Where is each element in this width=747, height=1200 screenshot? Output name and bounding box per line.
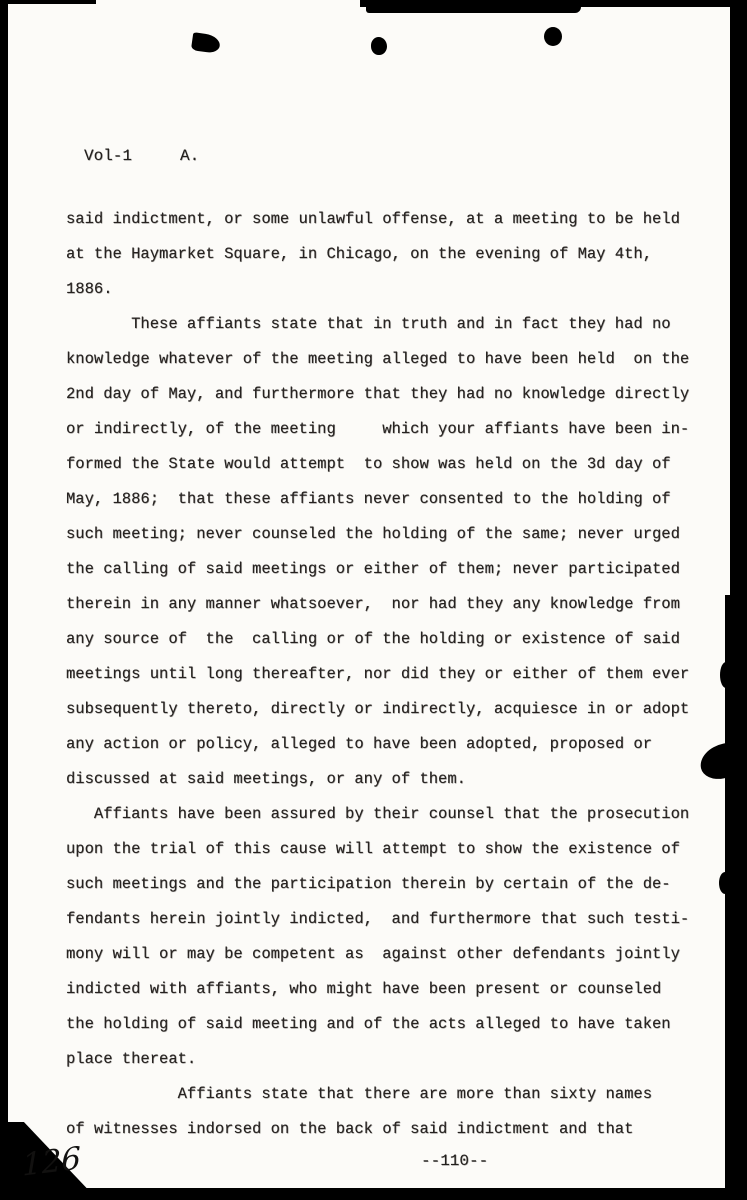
- scanned-document-page: Vol-1 A. said indictment, or some unlawf…: [0, 0, 747, 1200]
- text-line: or indirectly, of the meeting which your…: [66, 412, 730, 447]
- binding-dot-icon: [371, 37, 387, 55]
- text-line: knowledge whatever of the meeting allege…: [66, 342, 730, 377]
- handwritten-folio-number: 126: [22, 1140, 81, 1183]
- text-line: May, 1886; that these affiants never con…: [66, 482, 730, 517]
- text-line: These affiants state that in truth and i…: [66, 307, 730, 342]
- text-line: at the Haymarket Square, in Chicago, on …: [66, 237, 730, 272]
- text-line: upon the trial of this cause will attemp…: [66, 832, 730, 867]
- document-body: said indictment, or some unlawful offens…: [66, 202, 730, 1147]
- text-line: subsequently thereto, directly or indire…: [66, 692, 730, 727]
- volume-header: Vol-1 A.: [84, 147, 199, 165]
- scan-edge-top-left: [0, 0, 96, 4]
- text-line: meetings until long thereafter, nor did …: [66, 657, 730, 692]
- text-line: place thereat.: [66, 1042, 730, 1077]
- scan-edge-bottom: [58, 1188, 742, 1200]
- text-line: of witnesses indorsed on the back of sai…: [66, 1112, 730, 1147]
- page-number: --110--: [421, 1152, 488, 1170]
- text-line: mony will or may be competent as against…: [66, 937, 730, 972]
- text-line: said indictment, or some unlawful offens…: [66, 202, 730, 237]
- text-line: such meeting; never counseled the holdin…: [66, 517, 730, 552]
- text-line: the calling of said meetings or either o…: [66, 552, 730, 587]
- text-line: such meetings and the participation ther…: [66, 867, 730, 902]
- text-line: 2nd day of May, and furthermore that the…: [66, 377, 730, 412]
- text-line: 1886.: [66, 272, 730, 307]
- scan-edge-left: [0, 0, 8, 1200]
- text-line: indicted with affiants, who might have b…: [66, 972, 730, 1007]
- text-line: the holding of said meeting and of the a…: [66, 1007, 730, 1042]
- text-line: discussed at said meetings, or any of th…: [66, 762, 730, 797]
- text-line: Affiants state that there are more than …: [66, 1077, 730, 1112]
- text-line: fendants herein jointly indicted, and fu…: [66, 902, 730, 937]
- text-line: any source of the calling or of the hold…: [66, 622, 730, 657]
- scan-edge-top-thick: [366, 0, 581, 13]
- text-line: formed the State would attempt to show w…: [66, 447, 730, 482]
- text-line: therein in any manner whatsoever, nor ha…: [66, 587, 730, 622]
- ink-blot-icon: [191, 32, 221, 54]
- binding-dot-icon: [544, 27, 562, 46]
- text-line: Affiants have been assured by their coun…: [66, 797, 730, 832]
- text-line: any action or policy, alleged to have be…: [66, 727, 730, 762]
